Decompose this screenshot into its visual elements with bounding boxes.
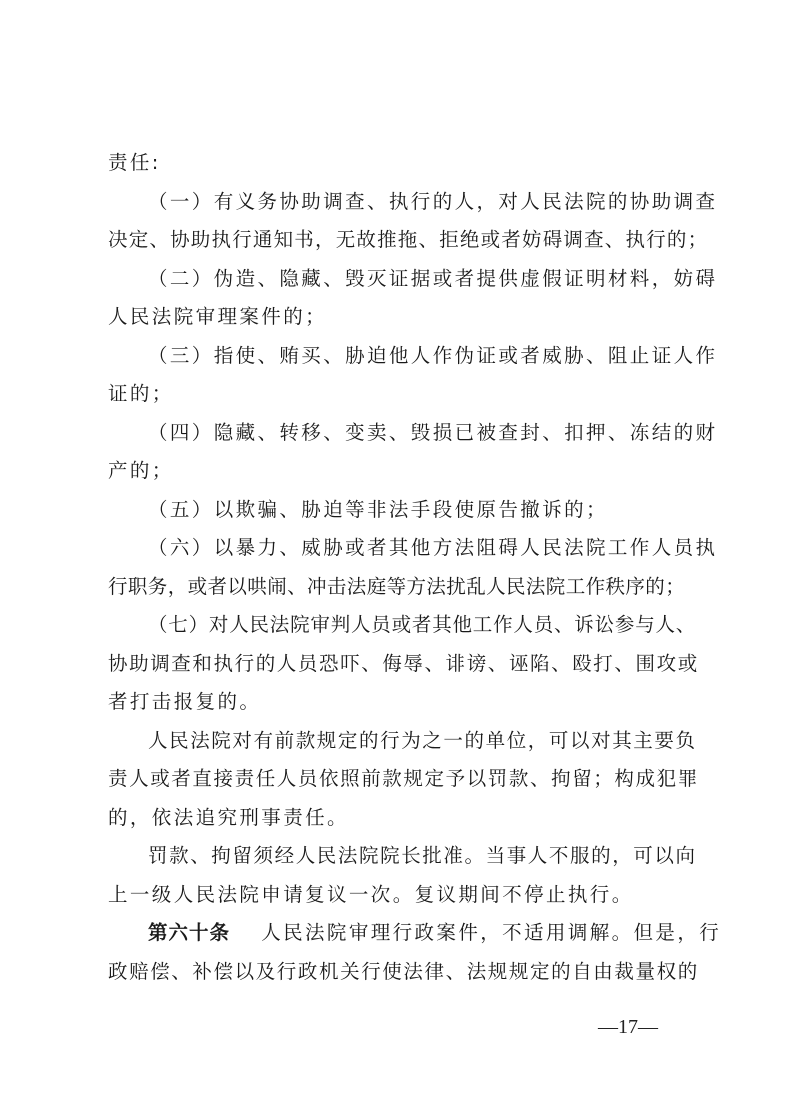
text-line: 产的； <box>108 456 703 486</box>
article-text: 人民法院审理行政案件，不适用调解。但是，行 <box>261 921 721 944</box>
text-line: 上一级人民法院申请复议一次。复议期间不停止执行。 <box>108 880 703 910</box>
text-line: （六）以暴力、威胁或者其他方法阻碍人民法院工作人员执 <box>148 533 703 563</box>
text-line: 者打击报复的。 <box>108 687 703 717</box>
text-line: （一）有义务协助调查、执行的人，对人民法院的协助调查 <box>148 187 703 217</box>
text-line: 行职务，或者以哄闹、冲击法庭等方法扰乱人民法院工作秩序的； <box>108 572 703 602</box>
text-line: 证的； <box>108 379 703 409</box>
text-line: 责任: <box>108 148 703 178</box>
article-heading: 第六十条 <box>148 921 230 944</box>
text-line: 决定、协助执行通知书，无故推拖、拒绝或者妨碍调查、执行的； <box>108 225 703 255</box>
text-line: （二）伪造、隐藏、毁灭证据或者提供虚假证明材料，妨碍 <box>148 264 703 294</box>
text-line: 责人或者直接责任人员依照前款规定予以罚款、拘留；构成犯罪 <box>108 764 703 794</box>
document-page: 责任: （一）有义务协助调查、执行的人，对人民法院的协助调查 决定、协助执行通知… <box>0 0 790 1118</box>
text-line: （四）隐藏、转移、变卖、毁损已被查封、扣押、冻结的财 <box>148 418 703 448</box>
article-line: 第六十条 人民法院审理行政案件，不适用调解。但是，行 <box>148 918 703 948</box>
text-line: 罚款、拘留须经人民法院院长批准。当事人不服的，可以向 <box>148 841 703 871</box>
text-line: （三）指使、贿买、胁迫他人作伪证或者威胁、阻止证人作 <box>148 341 703 371</box>
text-line: 协助调查和执行的人员恐吓、侮辱、诽谤、诬陷、殴打、围攻或 <box>108 649 703 679</box>
text-line: 政赔偿、补偿以及行政机关行使法律、法规规定的自由裁量权的 <box>108 957 703 987</box>
text-line: （五）以欺骗、胁迫等非法手段使原告撤诉的； <box>148 495 703 525</box>
text-line: 人民法院对有前款规定的行为之一的单位，可以对其主要负 <box>148 726 703 756</box>
text-line: 人民法院审理案件的； <box>108 302 703 332</box>
page-number: —17— <box>598 1016 658 1039</box>
text-line: （七）对人民法院审判人员或者其他工作人员、诉讼参与人、 <box>148 610 703 640</box>
text-line: 的，依法追究刑事责任。 <box>108 803 703 833</box>
